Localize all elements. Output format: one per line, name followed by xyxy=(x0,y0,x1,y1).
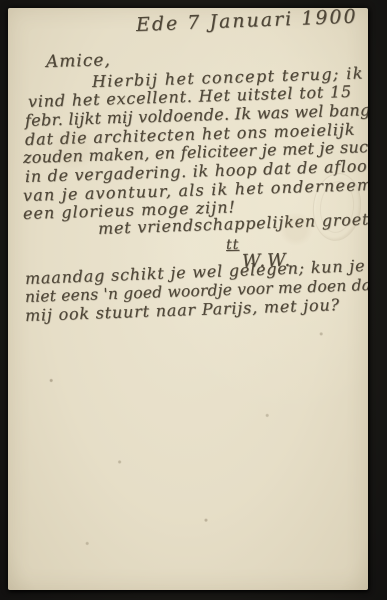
closing-abbreviation: tt xyxy=(226,237,240,253)
scan-backdrop: Ede 7 Januari 1900 Amice, Hierbij het co… xyxy=(0,0,387,600)
letter-paper: Ede 7 Januari 1900 Amice, Hierbij het co… xyxy=(8,8,368,590)
dateline: Ede 7 Januari 1900 xyxy=(136,8,358,36)
salutation: Amice, xyxy=(46,50,111,72)
